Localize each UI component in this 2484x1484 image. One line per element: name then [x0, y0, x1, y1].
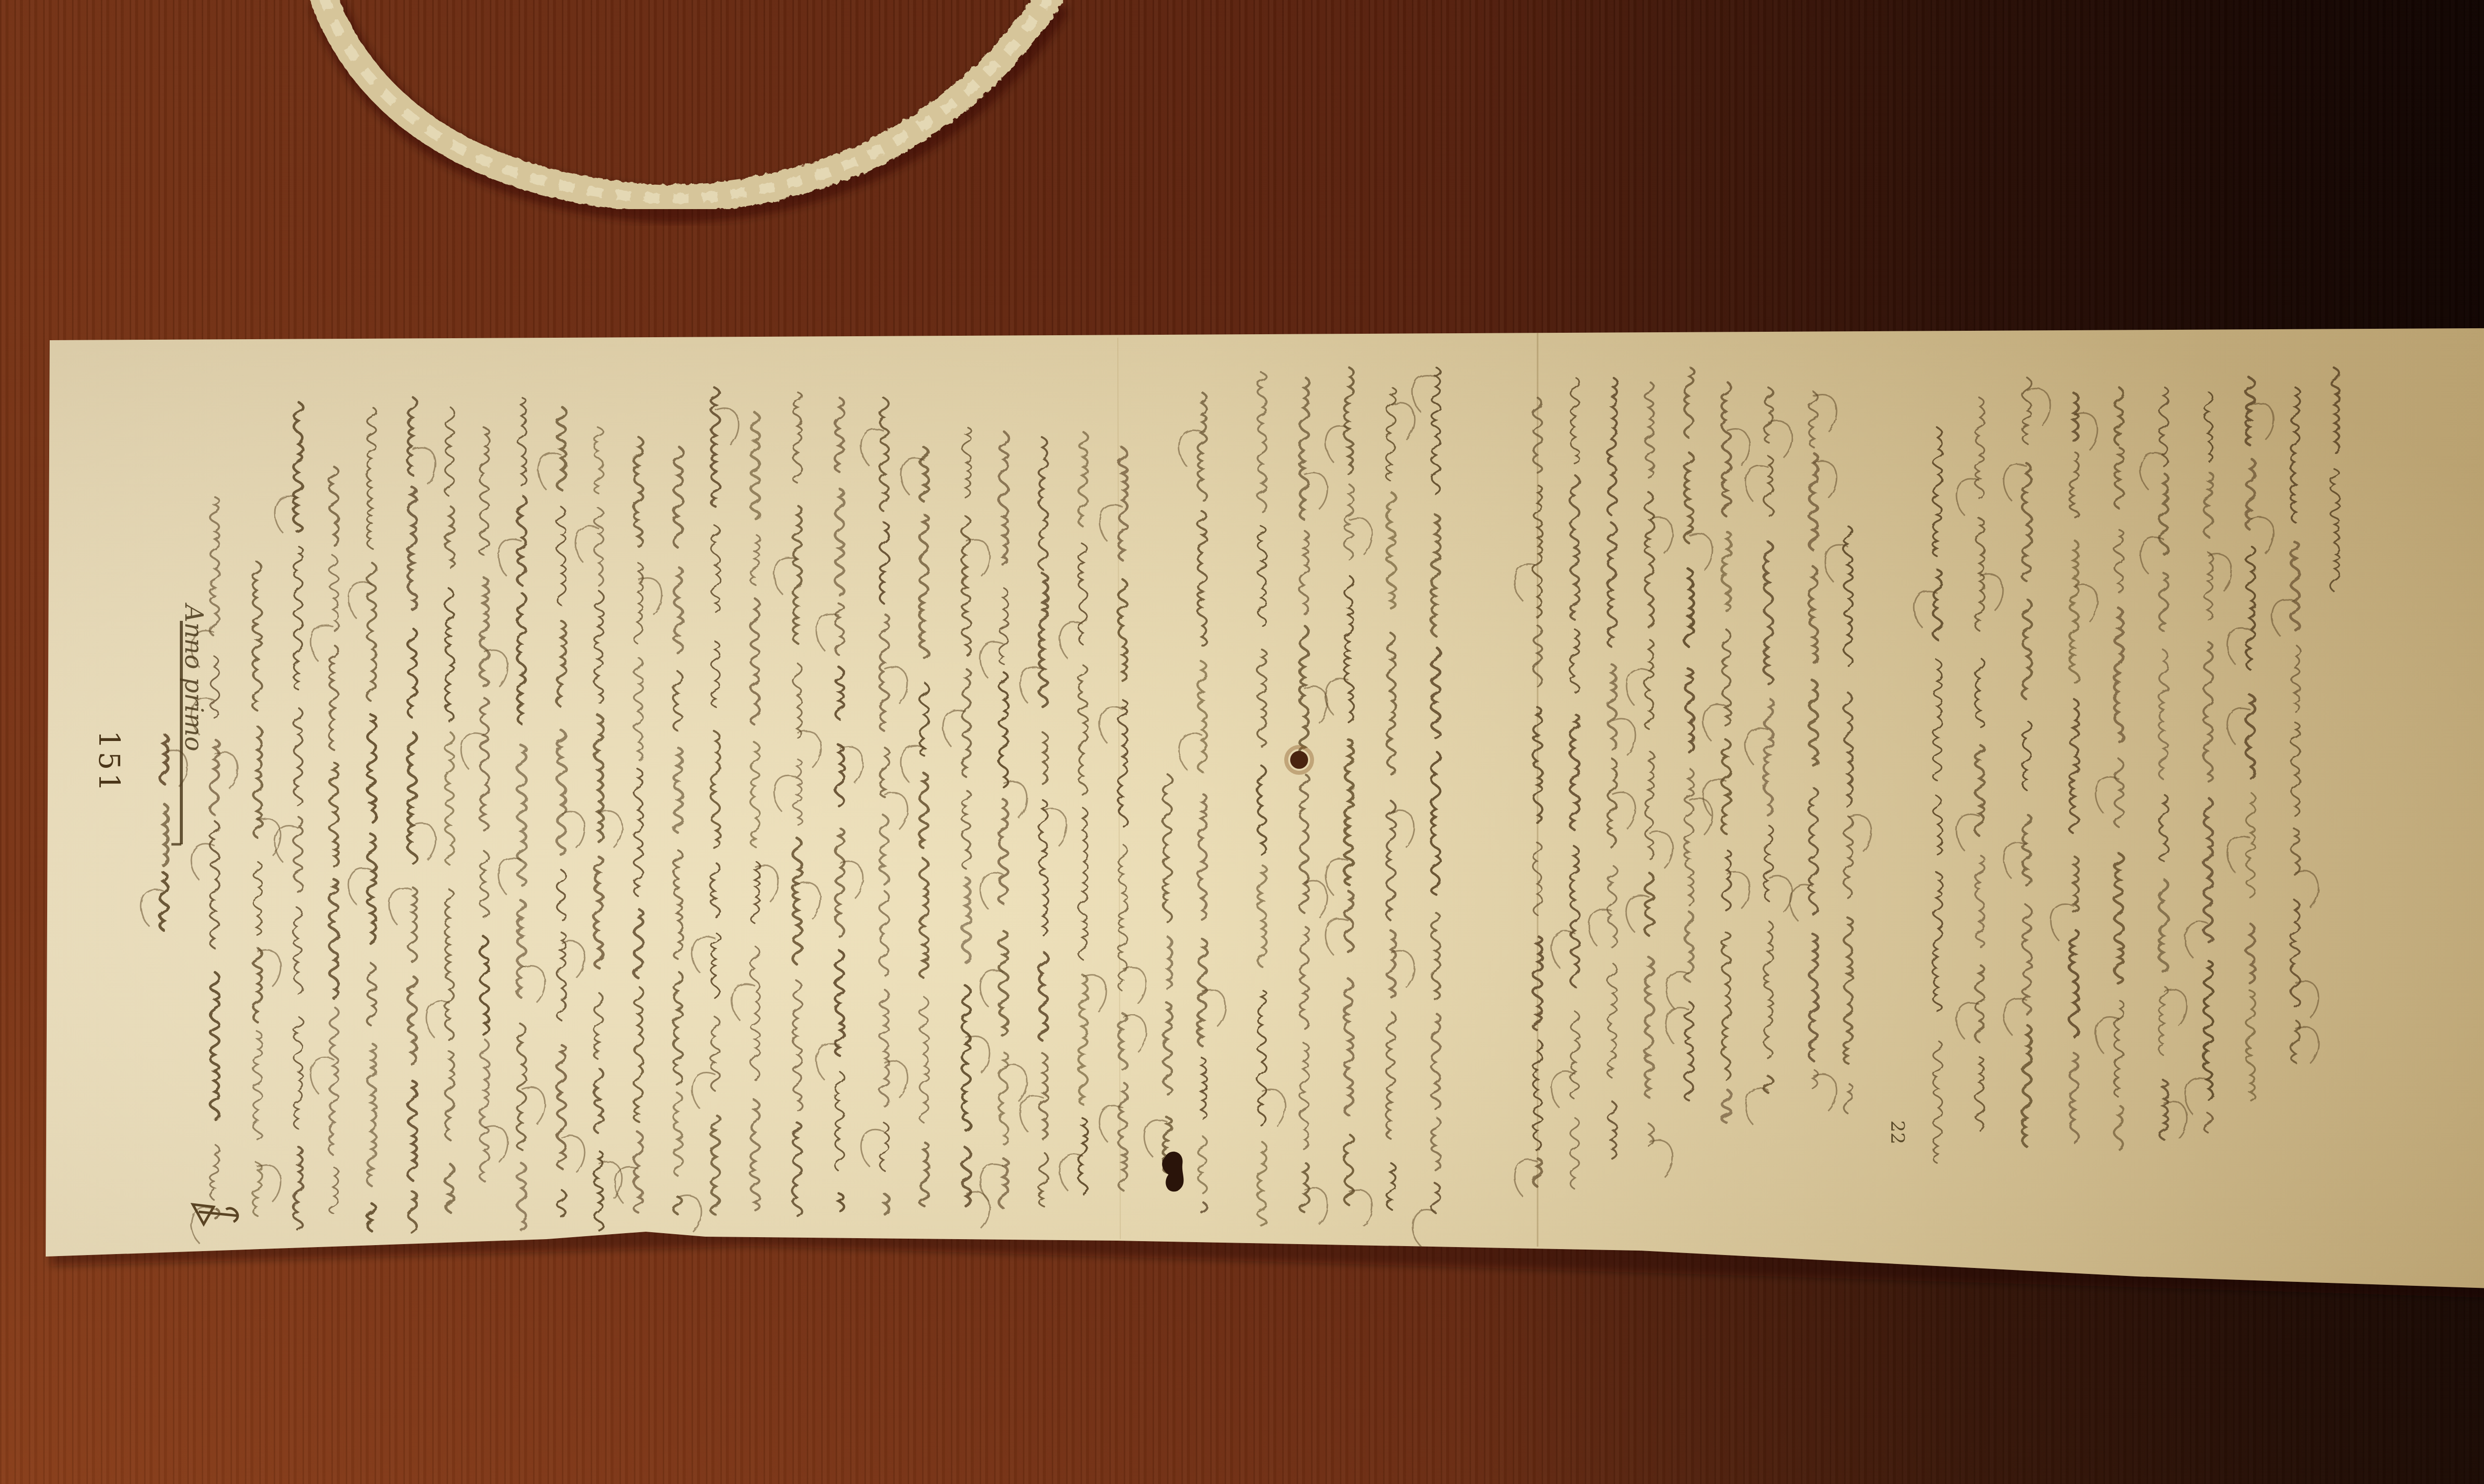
margin-number: 22: [1885, 1113, 1910, 1152]
heading-anno-primo: Anno primo: [176, 539, 211, 817]
page-number: 151: [94, 728, 124, 797]
manuscript-leaf: [0, 0, 2484, 1484]
paper-hole: [1290, 751, 1308, 769]
photo-scene: Anno primo 151 22 secretary hand, illegi…: [0, 0, 2484, 1484]
